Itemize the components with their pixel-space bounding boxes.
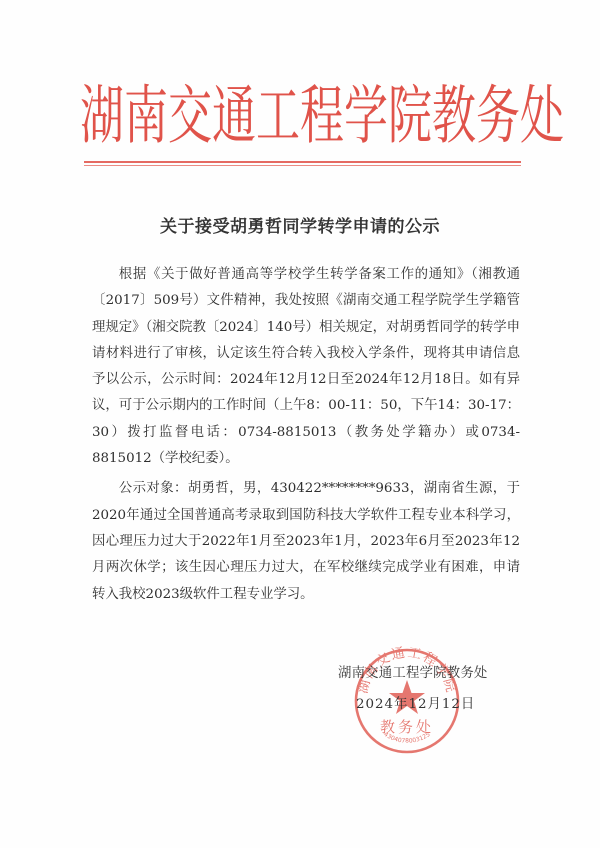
body-paragraph-basis: 根据《关于做好普通高等学校学生转学备案工作的通知》（湘教通〔2017〕509号）…: [92, 262, 520, 472]
letterhead-char: 交: [168, 60, 212, 173]
letterhead-char: 工: [256, 60, 300, 173]
signature-date: 2024年12月12日: [356, 693, 475, 712]
letterhead-char: 院: [388, 60, 432, 173]
document-body: 根据《关于做好普通高等学校学生转学备案工作的通知》（湘教通〔2017〕509号）…: [92, 262, 520, 608]
letterhead-char: 程: [300, 60, 344, 173]
letterhead-char: 务: [476, 60, 520, 173]
letterhead-char: 湖: [80, 60, 124, 173]
letterhead-divider-thick: [84, 161, 521, 163]
body-paragraph-subject: 公示对象：胡勇哲，男，430422********9633，湖南省生源，于202…: [92, 476, 520, 607]
signature-org: 湖南交通工程学院教务处: [338, 662, 488, 681]
document-page: 湖 南 交 通 工 程 学 院 教 务 处 关于接受胡勇哲同学转学申请的公示 根…: [0, 0, 600, 848]
letterhead-char: 通: [212, 60, 256, 173]
document-title: 关于接受胡勇哲同学转学申请的公示: [0, 212, 600, 237]
svg-text:4304078003125: 4304078003125: [382, 731, 431, 745]
letterhead-char: 南: [124, 60, 168, 173]
stamp-center-text: 教务处: [380, 718, 434, 736]
stamp-code: 4304078003125: [382, 731, 431, 745]
letterhead-char: 教: [432, 60, 476, 173]
letterhead-char: 处: [520, 60, 564, 173]
letterhead-divider-thin: [84, 165, 521, 166]
letterhead-title: 湖 南 交 通 工 程 学 院 教 务 处: [80, 78, 524, 156]
letterhead-char: 学: [344, 60, 388, 173]
